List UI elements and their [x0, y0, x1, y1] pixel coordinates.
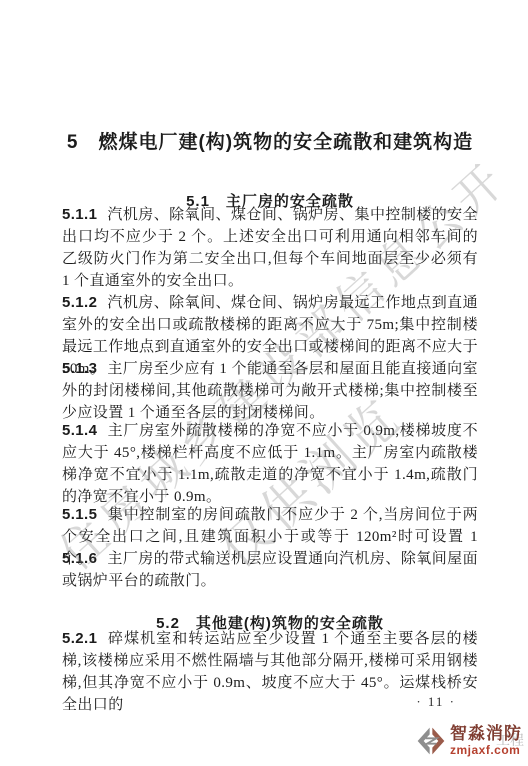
- clause-number: 5.1.2: [62, 294, 97, 311]
- clause-5-1-4: 5.1.4主厂房室外疏散楼梯的净宽不应小于 0.9m,楼梯坡度不应大于 45°,…: [62, 420, 478, 508]
- clause-number: 5.2.1: [62, 630, 97, 647]
- clause-5-1-3: 5.1.3主厂房至少应有 1 个能通至各层和屋面且能直接通向室外的封闭楼梯间,其…: [62, 358, 478, 424]
- clause-number: 5.1.5: [62, 506, 97, 523]
- page-number: · 11 ·: [416, 694, 456, 710]
- clause-number: 5.1.4: [62, 422, 97, 439]
- chapter-title: 5 燃煤电厂建(构)筑物的安全疏散和建筑构造: [62, 127, 478, 154]
- clause-text: 汽机房、除氧间、煤仓间、锅炉房、集中控制楼的安全出口均不应少于 2 个。上述安全…: [62, 207, 478, 289]
- document-page: 住房城乡建设部信息公开 仅供浏览 5 燃煤电厂建(构)筑物的安全疏散和建筑构造 …: [0, 0, 528, 766]
- brand-name: 智淼消防: [450, 724, 522, 743]
- brand-text-block: 智淼消防 zmjaxf.com: [450, 724, 522, 757]
- brand-watermark: 智淼消防 zmjaxf.com: [415, 724, 522, 758]
- clause-text: 主厂房的带式输送机层应设置通向汽机房、除氧间屋面或锅炉平台的疏散门。: [62, 551, 478, 589]
- brand-domain: zmjaxf.com: [450, 743, 522, 757]
- clause-5-1-1: 5.1.1汽机房、除氧间、煤仓间、锅炉房、集中控制楼的安全出口均不应少于 2 个…: [62, 204, 478, 292]
- brand-diamond-icon: [415, 724, 447, 758]
- clause-number: 5.1.1: [62, 206, 97, 223]
- clause-number: 5.1.6: [62, 550, 97, 567]
- clause-text: 主厂房至少应有 1 个能通至各层和屋面且能直接通向室外的封闭楼梯间,其他疏散楼梯…: [62, 361, 478, 421]
- clause-number: 5.1.3: [62, 360, 97, 377]
- clause-5-1-6: 5.1.6主厂房的带式输送机层应设置通向汽机房、除氧间屋面或锅炉平台的疏散门。: [62, 548, 478, 592]
- clause-text: 主厂房室外疏散楼梯的净宽不应小于 0.9m,楼梯坡度不应大于 45°,楼梯栏杆高…: [62, 423, 478, 505]
